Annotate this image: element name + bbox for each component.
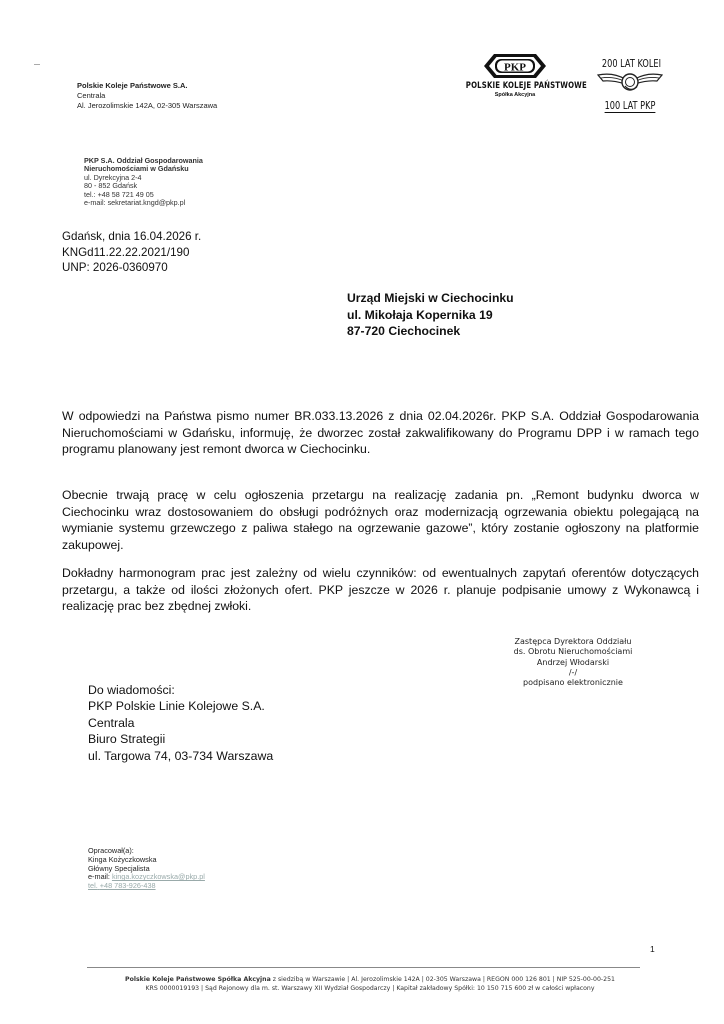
- branch-address: PKP S.A. Oddział Gospodarowania Nierucho…: [84, 157, 203, 207]
- letter-meta: Gdańsk, dnia 16.04.2026 r. KNGd11.22.22.…: [62, 229, 201, 276]
- recipient-city: 87-720 Ciechocinek: [347, 323, 514, 340]
- unp-number: UNP: 2026-0360970: [62, 260, 201, 276]
- footer: Polskie Koleje Państwowe Spółka Akcyjna …: [70, 975, 670, 993]
- author-phone: +48 783-926-438: [100, 881, 156, 890]
- svg-text:PKP: PKP: [504, 61, 526, 73]
- winged-wheel-icon: [595, 70, 665, 94]
- signature-block: Zastępca Dyrektora Oddziału ds. Obrotu N…: [478, 637, 668, 688]
- body-paragraph: Dokładny harmonogram prac jest zależny o…: [62, 565, 699, 615]
- sender-address: Al. Jerozolimskie 142A, 02-305 Warszawa: [77, 101, 217, 111]
- recipient-block: Urząd Miejski w Ciechocinku ul. Mikołaja…: [347, 290, 514, 340]
- place-date: Gdańsk, dnia 16.04.2026 r.: [62, 229, 201, 245]
- author-phone-row: tel. +48 783-926-438: [88, 882, 205, 891]
- footer-divider: [87, 967, 640, 968]
- footer-line-2: KRS 0000019193 | Sąd Rejonowy dla m. st.…: [70, 984, 670, 993]
- signatory-name: Andrzej Włodarski: [478, 658, 668, 668]
- author-block: Opracował(a): Kinga Kożyczkowska Główny …: [88, 847, 205, 891]
- pkp-emblem-icon: PKP: [482, 52, 548, 80]
- recipient-name: Urząd Miejski w Ciechocinku: [347, 290, 514, 307]
- reference-number: KNGd11.22.22.2021/190: [62, 245, 201, 261]
- pkp-logo: PKP POLSKIE KOLEJE PAŃSTWOWE Spółka Akcy…: [455, 52, 575, 98]
- cc-org: PKP Polskie Linie Kolejowe S.A.: [88, 698, 273, 714]
- signature-note: podpisano elektronicznie: [478, 678, 668, 688]
- author-phone-label: tel.: [88, 881, 98, 890]
- logo-subtitle: Spółka Akcyjna: [455, 92, 575, 98]
- footer-details: z siedzibą w Warszawie | Al. Jerozolimsk…: [271, 976, 615, 983]
- footer-company: Polskie Koleje Państwowe Spółka Akcyjna: [125, 976, 271, 983]
- signature-mark: /-/: [478, 668, 668, 678]
- sender-unit: Centrala: [77, 91, 217, 101]
- cc-dept: Biuro Strategii: [88, 731, 273, 747]
- anniversary-bottom: 100 LAT PKP: [602, 100, 658, 112]
- page-number: 1: [650, 944, 655, 954]
- cc-block: Do wiadomości: PKP Polskie Linie Kolejow…: [88, 682, 273, 764]
- branch-email: e-mail: sekretariat.kngd@pkp.pl: [84, 199, 203, 207]
- sender-company: Polskie Koleje Państwowe S.A.: [77, 81, 217, 91]
- sender-block: Polskie Koleje Państwowe S.A. Centrala A…: [77, 81, 217, 111]
- author-email-link[interactable]: kinga.kozyczkowska@pkp.pl: [112, 872, 205, 881]
- author-email-label: e-mail:: [88, 872, 110, 881]
- cc-heading: Do wiadomości:: [88, 682, 273, 698]
- cc-address: ul. Targowa 74, 03-734 Warszawa: [88, 748, 273, 764]
- cc-unit: Centrala: [88, 715, 273, 731]
- anniversary-badge: 200 LAT KOLEI 100 LAT PKP: [594, 58, 666, 112]
- footer-line-1: Polskie Koleje Państwowe Spółka Akcyjna …: [70, 975, 670, 984]
- anniversary-top: 200 LAT KOLEI: [602, 58, 658, 70]
- body-paragraph: W odpowiedzi na Państwa pismo numer BR.0…: [62, 408, 699, 458]
- logo-name: POLSKIE KOLEJE PAŃSTWOWE: [466, 81, 564, 91]
- signatory-title: Zastępca Dyrektora Oddziału: [478, 637, 668, 647]
- signatory-title-2: ds. Obrotu Nieruchomościami: [478, 647, 668, 657]
- scan-mark: [34, 64, 40, 65]
- body-paragraph: Obecnie trwają pracę w celu ogłoszenia p…: [62, 487, 699, 553]
- recipient-street: ul. Mikołaja Kopernika 19: [347, 307, 514, 324]
